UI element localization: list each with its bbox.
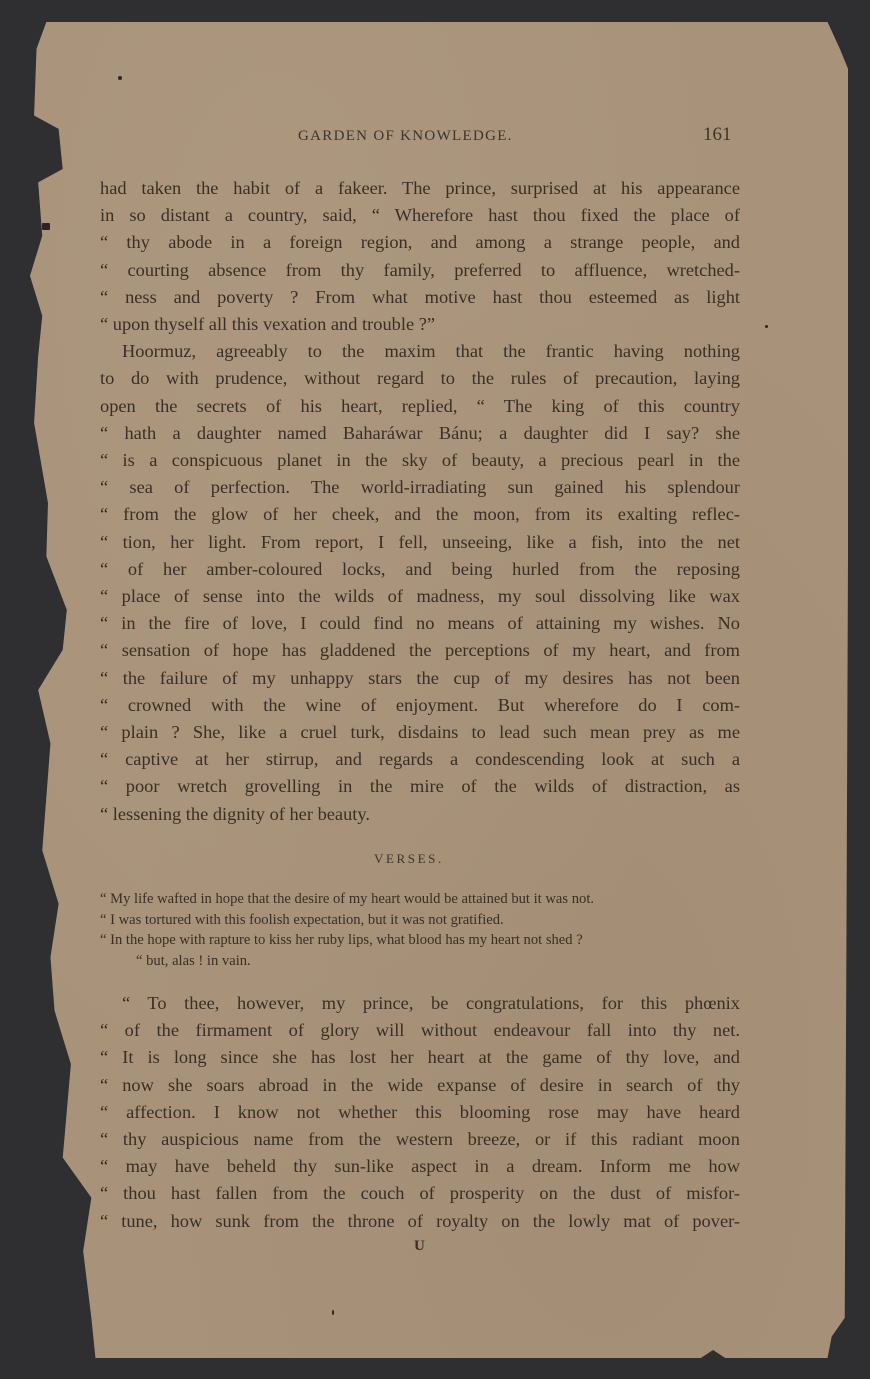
verses-heading: VERSES. [374,851,444,867]
text-line: “ It is long since she has lost her hear… [100,1044,740,1071]
signature-mark: U [414,1238,425,1255]
running-head: GARDEN OF KNOWLEDGE. [298,128,513,145]
verse-line: “ I was tortured with this foolish expec… [100,910,740,931]
text-line: “ upon thyself all this vexation and tro… [100,311,740,338]
text-line: open the secrets of his heart, replied, … [100,393,740,420]
text-line: to do with prudence, without regard to t… [100,365,740,392]
text-line: “ thy abode in a foreign region, and amo… [100,229,740,256]
text-line: “ To thee, however, my prince, be congra… [100,990,740,1017]
text-line: “ may have beheld thy sun-like aspect in… [100,1153,740,1180]
verses-block: “ My life wafted in hope that the desire… [100,889,740,971]
verse-line: “ My life wafted in hope that the desire… [100,889,740,910]
text-line: “ now she soars abroad in the wide expan… [100,1072,740,1099]
text-line: “ place of sense into the wilds of madne… [100,583,740,610]
continuation-text: “ To thee, however, my prince, be congra… [100,990,740,1235]
body-text: had taken the habit of a fakeer. The pri… [100,175,740,828]
text-line: “ hath a daughter named Baharáwar Bánu; … [100,420,740,447]
text-line: “ affection. I know not whether this blo… [100,1099,740,1126]
text-line: “ of her amber-coloured locks, and being… [100,556,740,583]
text-line: “ is a conspicuous planet in the sky of … [100,447,740,474]
text-line: “ from the glow of her cheek, and the mo… [100,501,740,528]
text-line: “ thy auspicious name from the western b… [100,1126,740,1153]
text-line: “ of the firmament of glory will without… [100,1017,740,1044]
text-line: “ sea of perfection. The world-irradiati… [100,474,740,501]
page-number: 161 [703,124,732,146]
text-line: Hoormuz, agreeably to the maxim that the… [100,338,740,365]
paper-speck [332,1310,334,1315]
text-line: “ in the fire of love, I could find no m… [100,610,740,637]
verse-line: “ In the hope with rapture to kiss her r… [100,930,740,951]
text-line: had taken the habit of a fakeer. The pri… [100,175,740,202]
text-line: “ captive at her stirrup, and regards a … [100,746,740,773]
text-line: “ tune, how sunk from the throne of roya… [100,1208,740,1235]
text-line: “ plain ? She, like a cruel turk, disdai… [100,719,740,746]
paper-speck [765,325,768,328]
text-line: “ thou hast fallen from the couch of pro… [100,1180,740,1207]
text-line: “ tion, her light. From report, I fell, … [100,529,740,556]
text-line: “ crowned with the wine of enjoyment. Bu… [100,692,740,719]
text-line: “ poor wretch grovelling in the mire of … [100,773,740,800]
text-line: in so distant a country, said, “ Wherefo… [100,202,740,229]
verse-line: “ but, alas ! in vain. [100,951,740,972]
paper-speck [42,223,50,230]
text-line: “ ness and poverty ? From what motive ha… [100,284,740,311]
text-line: “ sensation of hope has gladdened the pe… [100,637,740,664]
text-line: “ the failure of my unhappy stars the cu… [100,665,740,692]
paper-speck [118,76,122,80]
text-line: “ lessening the dignity of her beauty. [100,801,740,828]
text-line: “ courting absence from thy family, pref… [100,257,740,284]
